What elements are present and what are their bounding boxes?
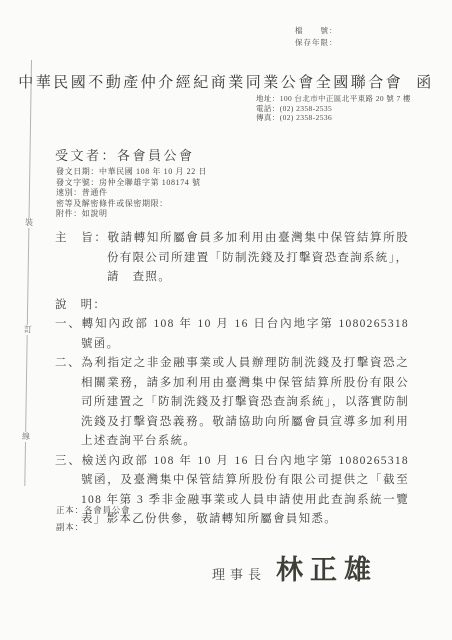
original-copy-line: 正本：各會員公會 (56, 502, 130, 519)
issue-number: 發文字號：房仲全聯雄字第 108174 號 (56, 178, 207, 189)
signature-block: 理事長 林正雄 (212, 548, 378, 587)
binding-mark-zhuang: 裝 (24, 218, 34, 228)
item-3-marker: 三、 (55, 455, 82, 467)
meta-block: 發文日期：中華民國 108 年 10 月 22 日 發文字號：房仲全聯雄字第 1… (56, 167, 207, 220)
file-number-label: 檔 號： (295, 25, 338, 37)
document-body: 主 旨：敬請轉知所屬會員多加利用由臺灣集中保管結算所股份有限公司所建置「防制洗錢… (55, 229, 409, 530)
subject-label: 主 旨： (55, 232, 108, 244)
explanation-item-2: 二、為利指定之非金融事業或人員辦理防制洗錢及打擊資恐之相關業務，請多加利用由臺灣… (55, 354, 409, 452)
binding-mark-ding: 訂 (23, 325, 33, 335)
contact-address: 地址：100 台北市中正區北平東路 20 號 7 樓 (256, 94, 411, 104)
explanation-item-1: 一、轉知內政部 108 年 10 月 16 日台內地字第 1080265318 … (55, 315, 409, 354)
file-header: 檔 號： 保存年限： (295, 25, 338, 49)
attachment-note: 附件：如說明 (56, 209, 207, 220)
recipient-line: 受文者：各會員公會 (55, 145, 195, 164)
subject-paragraph: 主 旨：敬請轉知所屬會員多加利用由臺灣集中保管結算所股份有限公司所建置「防制洗錢… (55, 229, 409, 268)
item-1-text: 轉知內政部 108 年 10 月 16 日台內地字第 1080265318 號函… (81, 318, 409, 350)
issue-date: 發文日期：中華民國 108 年 10 月 22 日 (56, 167, 207, 178)
document-type: 函 (416, 75, 434, 91)
security-classification: 密等及解密條件或保密期限： (56, 199, 207, 210)
contact-fax: 傳真：(02) 2358-2536 (256, 113, 411, 123)
organization-name: 中華民國不動產仲介經紀商業同業公會全國聯合會 (18, 75, 403, 91)
signer-title: 理事長 (212, 564, 266, 583)
binding-line (24, 60, 32, 486)
subject-text: 敬請轉知所屬會員多加利用由臺灣集中保管結算所股份有限公司所建置「防制洗錢及打擊資… (107, 232, 409, 264)
explanation-label: 說 明： (55, 296, 409, 316)
retention-period-label: 保存年限： (295, 37, 338, 49)
signer-name: 林正雄 (276, 548, 378, 587)
copies-block: 正本：各會員公會 副本： (56, 502, 130, 536)
item-1-marker: 一、 (55, 318, 82, 330)
cc-copy-line: 副本： (56, 519, 130, 536)
contact-block: 地址：100 台北市中正區北平東路 20 號 7 樓 電話：(02) 2358-… (256, 94, 411, 123)
document-title: 中華民國不動產仲介經紀商業同業公會全國聯合會函 (0, 71, 452, 92)
item-2-marker: 二、 (55, 357, 81, 369)
subject-closing: 請 查照。 (55, 268, 409, 288)
item-2-text: 為利指定之非金融事業或人員辦理防制洗錢及打擊資恐之相關業務，請多加利用由臺灣集中… (81, 357, 409, 447)
delivery-speed: 速別：普通件 (56, 188, 207, 199)
binding-mark-xian: 線 (21, 432, 31, 442)
official-letter-page: 裝 訂 線 檔 號： 保存年限： 中華民國不動產仲介經紀商業同業公會全國聯合會函… (0, 0, 452, 640)
contact-phone: 電話：(02) 2358-2535 (256, 104, 411, 114)
